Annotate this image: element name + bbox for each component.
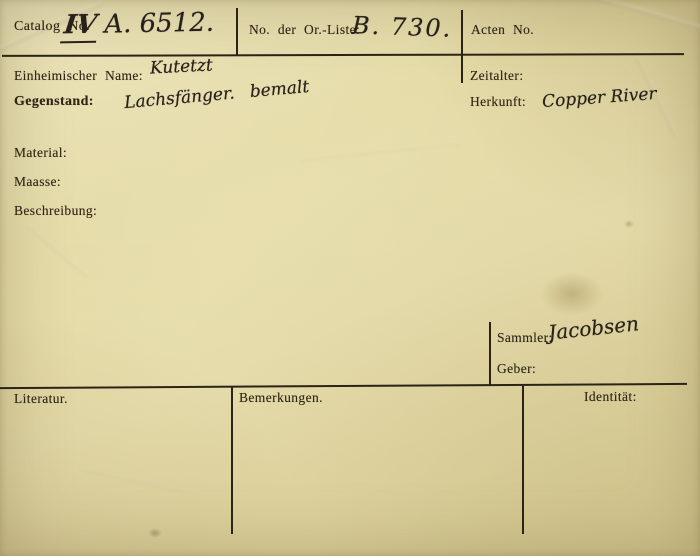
herkunft-label: Herkunft: [470, 94, 526, 110]
catalog-number: A. 6512. [104, 8, 214, 40]
paper-crease [26, 225, 89, 279]
einheimischer-name-label: Einheimischer Name: [14, 68, 143, 84]
zeitalter-label: Zeitalter: [470, 68, 523, 84]
paper-crease [300, 142, 459, 162]
gegenstand-handwritten-value: Lachsfänger. bemalt [123, 77, 310, 113]
gegenstand-label: Gegenstand: [14, 94, 94, 110]
catalog-card: Catalog No. No. der Or.-Liste: Acten No.… [0, 0, 700, 556]
acten-no-label: Acten No. [471, 22, 534, 38]
sammler-label: Sammler: [497, 330, 553, 346]
rule-divider-bemerkungen-identitaet [522, 384, 524, 534]
or-liste-label: No. der Or.-Liste: [249, 22, 360, 38]
rule-divider-literatur-bemerkungen [231, 387, 233, 534]
paper-crease [598, 0, 700, 38]
maasse-label: Maasse: [14, 174, 61, 190]
geber-label: Geber: [497, 361, 536, 377]
paper-crease [81, 468, 199, 496]
einheimischer-name-handwritten-value: Kutetzt [150, 55, 214, 78]
beschreibung-label: Beschreibung: [14, 203, 97, 219]
sammler-handwritten-value: Jacobsen [547, 311, 640, 344]
paper-spot [624, 220, 634, 228]
rule-divider-catalog-orliste [236, 8, 238, 55]
catalog-roman-numeral: IV [60, 10, 100, 44]
or-liste-handwritten-value: B. 730. [352, 11, 453, 42]
herkunft-handwritten-value: Copper River [541, 84, 657, 112]
material-label: Material: [14, 145, 67, 161]
paper-spot [148, 528, 162, 538]
catalog-no-handwritten-value: IVA. 6512. [62, 8, 215, 44]
rule-horizontal-top [2, 53, 684, 57]
bemerkungen-label: Bemerkungen. [239, 390, 323, 406]
rule-divider-orliste-acten [461, 10, 463, 83]
ink-stain [540, 272, 604, 316]
identitaet-label: Identität: [584, 389, 637, 405]
literatur-label: Literatur. [14, 391, 68, 407]
rule-sammler-box-edge [489, 322, 491, 386]
